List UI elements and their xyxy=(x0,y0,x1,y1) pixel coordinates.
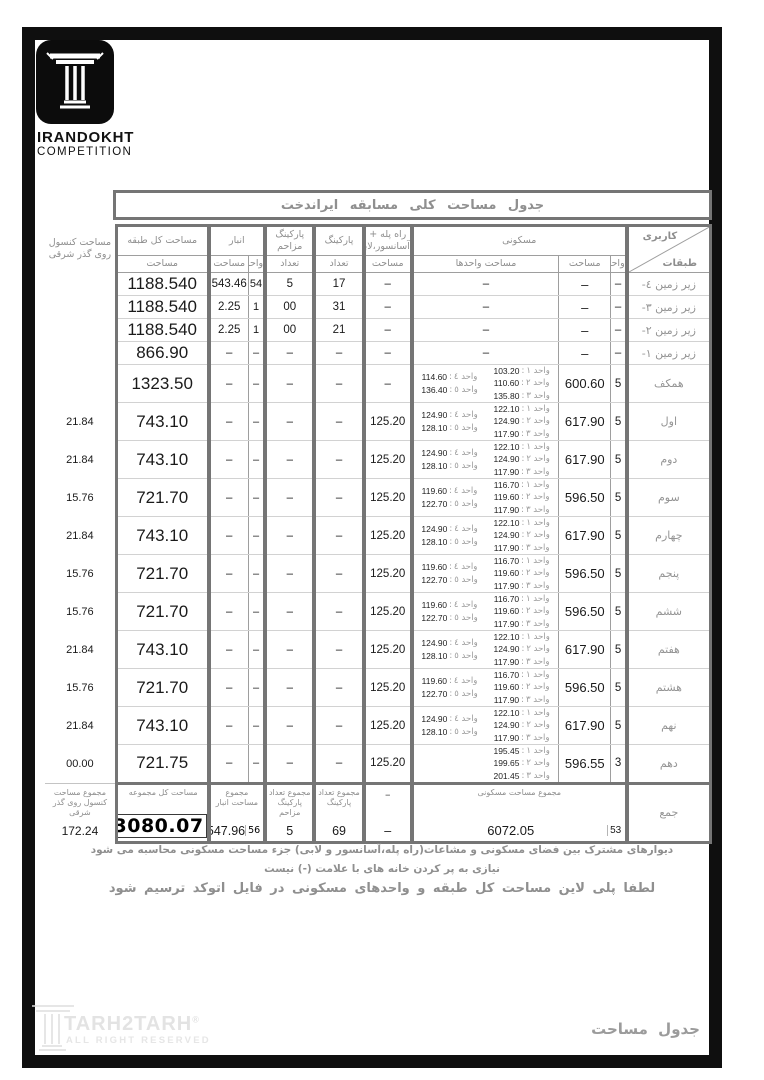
cell-storage-units: – xyxy=(248,342,265,365)
unit-area-line: واحد ٥:128.10 xyxy=(414,460,485,472)
unit-area-line: واحد ۲:124.90 xyxy=(485,415,558,427)
cell-parking-count: 21 xyxy=(314,319,363,342)
cell-storage-area: – xyxy=(209,745,249,784)
unit-label: واحد ۳ xyxy=(526,466,549,478)
cell-residential-units: – xyxy=(611,296,627,319)
unit-area-line: واحد ۱:103.20 xyxy=(485,365,558,377)
unit-separator: : xyxy=(521,732,524,744)
cell-units-1-3: واحد ۱:116.70واحد ۲:119.60واحد ۳:117.90 xyxy=(485,669,558,707)
unit-area-line: واحد ۳:117.90 xyxy=(485,504,558,516)
cell-storage-units: 1 xyxy=(248,319,265,342)
unit-label: واحد ۳ xyxy=(526,542,549,554)
cell-floor-name: پنجم xyxy=(627,555,711,593)
unit-label: واحد ۳ xyxy=(526,580,549,592)
unit-value: 122.70 xyxy=(421,688,447,700)
unit-area-line: واحد ۳:117.90 xyxy=(485,694,558,706)
cell-storage-area: – xyxy=(209,441,249,479)
cell-stairs-area: – xyxy=(364,365,412,403)
totals-stairs-label: – xyxy=(367,788,409,802)
unit-area-line: واحد ۲:124.90 xyxy=(485,643,558,655)
unit-label: واحد ۱ xyxy=(526,745,549,757)
table-head: کاربری طبقات مسکونی راه پله + آسانسور،لا… xyxy=(45,226,711,273)
cell-parking-count: 31 xyxy=(314,296,363,319)
cell-parking-blocking-count: – xyxy=(265,707,314,745)
unit-separator: : xyxy=(449,447,452,459)
unit-separator: : xyxy=(521,555,524,567)
unit-label: واحد ٤ xyxy=(454,675,477,687)
cell-console-area: 15.76 xyxy=(45,593,116,631)
unit-area-line: واحد ۱:122.10 xyxy=(485,517,558,529)
cell-units-1-3: واحد ۱:122.10واحد ۲:124.90واحد ۳:117.90 xyxy=(485,631,558,669)
unit-label: واحد ۳ xyxy=(526,694,549,706)
unit-area-line: واحد ۲:199.65 xyxy=(485,757,558,769)
cell-parking-count: – xyxy=(314,555,363,593)
cell-units-4-5: واحد ٤:119.60واحد ٥:122.70 xyxy=(412,555,485,593)
grand-total-value: 13080.07 xyxy=(116,814,206,838)
cell-storage-area: – xyxy=(209,555,249,593)
unit-separator: : xyxy=(521,757,524,769)
cell-parking-blocking-count: – xyxy=(265,593,314,631)
cell-residential-units: – xyxy=(611,273,627,296)
storage-unit-subheader: واحد xyxy=(248,256,265,273)
unit-separator: : xyxy=(521,719,524,731)
cell-console-area: 00.00 xyxy=(45,745,116,784)
cell-units-1-3: واحد ۱:103.20واحد ۲:110.60واحد ۳:135.80 xyxy=(485,365,558,403)
cell-residential-units: 5 xyxy=(611,631,627,669)
unit-area-line: واحد ٤:119.60 xyxy=(414,485,485,497)
unit-label: واحد ۲ xyxy=(526,757,549,769)
unit-separator: : xyxy=(449,675,452,687)
cell-parking-blocking-count: 00 xyxy=(265,296,314,319)
unit-separator: : xyxy=(521,745,524,757)
cell-residential-units: 5 xyxy=(611,593,627,631)
cell-residential-area: 617.90 xyxy=(559,517,611,555)
cell-storage-units: – xyxy=(248,631,265,669)
unit-area-line: واحد ۲:119.60 xyxy=(485,681,558,693)
cell-console-area: 21.84 xyxy=(45,517,116,555)
cell-residential-units: 3 xyxy=(611,745,627,784)
unit-value: 116.70 xyxy=(494,593,519,605)
cell-residential-area: 596.50 xyxy=(559,479,611,517)
note-polyline: لطفا پلی لاین مساحت کل طبقه و واحدهای مس… xyxy=(62,881,702,896)
cell-stairs-area: 125.20 xyxy=(364,707,412,745)
totals-storage-area: 547.96 xyxy=(209,824,246,838)
unit-value: 124.90 xyxy=(493,719,519,731)
unit-value: 122.10 xyxy=(493,517,519,529)
cell-parking-blocking-count: – xyxy=(265,403,314,441)
cell-stairs-area: – xyxy=(364,319,412,342)
table-row: زیر زمین ۳-––––310012.251188.540 xyxy=(45,296,711,319)
cell-floor-total: 1323.50 xyxy=(116,365,208,403)
unit-label: واحد ۱ xyxy=(526,555,549,567)
unit-separator: : xyxy=(521,428,524,440)
totals-stairs-value: – xyxy=(367,824,409,838)
unit-separator: : xyxy=(449,371,452,383)
cell-floor-name: دوم xyxy=(627,441,711,479)
cell-parking-count: – xyxy=(314,593,363,631)
unit-label: واحد ۱ xyxy=(526,365,549,377)
unit-value: 114.60 xyxy=(422,371,447,383)
cell-parking-blocking-count: – xyxy=(265,745,314,784)
cell-floor-name: نهم xyxy=(627,707,711,745)
unit-value: 119.60 xyxy=(422,485,447,497)
cell-stairs-area: 125.20 xyxy=(364,669,412,707)
cell-residential-area: 600.60 xyxy=(559,365,611,403)
cell-console-area xyxy=(45,342,116,365)
table-body: زیر زمین ٤-––––17554543.461188.540زیر زم… xyxy=(45,273,711,784)
cell-console-area xyxy=(45,273,116,296)
unit-separator: : xyxy=(449,498,452,510)
unit-value: 128.10 xyxy=(421,726,447,738)
usage-header-label: کاربری xyxy=(643,231,677,242)
unit-value: 117.90 xyxy=(494,656,519,668)
unit-separator: : xyxy=(449,460,452,472)
unit-area-line: واحد ۱:195.45 xyxy=(485,745,558,757)
cell-storage-area: 543.46 xyxy=(209,273,249,296)
unit-value: 124.90 xyxy=(421,637,447,649)
unit-area-line: واحد ٥:122.70 xyxy=(414,688,485,700)
cell-floor-total: 721.70 xyxy=(116,669,208,707)
cell-units-4-5: واحد ٤:119.60واحد ٥:122.70 xyxy=(412,669,485,707)
unit-label: واحد ٥ xyxy=(454,422,477,434)
cell-storage-area: 2.25 xyxy=(209,296,249,319)
cell-stairs-area: – xyxy=(364,273,412,296)
unit-separator: : xyxy=(521,643,524,655)
cell-residential-units: 5 xyxy=(611,365,627,403)
cell-floor-total: 721.70 xyxy=(116,479,208,517)
registered-icon: ® xyxy=(192,1014,200,1024)
cell-stairs-area: 125.20 xyxy=(364,517,412,555)
unit-area-line: واحد ٥:136.40 xyxy=(414,384,485,396)
cell-floor-name: دهم xyxy=(627,745,711,784)
stairs-header-line1: راه پله + xyxy=(366,229,410,241)
usage-floors-header: کاربری طبقات xyxy=(627,226,711,273)
totals-parking-blocking-count: 5 xyxy=(268,824,311,838)
unit-area-line: واحد ۱:122.10 xyxy=(485,403,558,415)
unit-value: 124.90 xyxy=(493,643,519,655)
unit-area-line: واحد ۲:119.60 xyxy=(485,491,558,503)
unit-area-line: واحد ٥:128.10 xyxy=(414,726,485,738)
unit-value: 103.20 xyxy=(493,365,519,377)
totals-grand-cell: مساحت کل مجموعه 13080.07 xyxy=(116,783,208,842)
unit-separator: : xyxy=(521,618,524,630)
unit-area-line: واحد ٥:128.10 xyxy=(414,650,485,662)
units-area-subheader: مساحت واحدها xyxy=(412,256,559,273)
cell-parking-count: – xyxy=(314,745,363,784)
unit-label: واحد ٥ xyxy=(454,460,477,472)
stairs-header-line2: آسانسور،لابی xyxy=(366,241,410,253)
unit-label: واحد ٤ xyxy=(454,447,477,459)
unit-value: 117.90 xyxy=(494,618,519,630)
unit-separator: : xyxy=(449,713,452,725)
parking-count-subheader: تعداد xyxy=(314,256,363,273)
unit-label: واحد ٥ xyxy=(454,574,477,586)
unit-label: واحد ۲ xyxy=(526,681,549,693)
cell-storage-units: – xyxy=(248,403,265,441)
cell-storage-area: – xyxy=(209,479,249,517)
totals-parking-blocking-label: مجموع تعداد پارکینگ مزاحم xyxy=(268,788,311,818)
cell-floor-total: 743.10 xyxy=(116,441,208,479)
unit-label: واحد ٥ xyxy=(454,536,477,548)
unit-label: واحد ۳ xyxy=(526,770,549,782)
unit-value: 195.45 xyxy=(493,745,519,757)
totals-storage-units: 56 xyxy=(245,825,262,836)
cell-floor-total: 1188.540 xyxy=(116,319,208,342)
unit-area-line: واحد ۲:110.60 xyxy=(485,377,558,389)
cell-parking-count: – xyxy=(314,669,363,707)
unit-separator: : xyxy=(521,403,524,415)
totals-storage-label: مجموع مساحت انبار xyxy=(212,788,263,808)
unit-value: 122.70 xyxy=(421,574,447,586)
note-shared-walls: دیوارهای مشترک بین فضای مسکونی و مشاعات(… xyxy=(62,844,702,856)
cell-floor-total: 743.10 xyxy=(116,403,208,441)
cell-parking-count: – xyxy=(314,479,363,517)
unit-value: 124.90 xyxy=(493,529,519,541)
unit-area-line: واحد ۳:117.90 xyxy=(485,580,558,592)
residential-group-header: مسکونی xyxy=(412,226,627,256)
cell-residential-area: 617.90 xyxy=(559,707,611,745)
cell-residential-area: 617.90 xyxy=(559,441,611,479)
cell-parking-count: – xyxy=(314,441,363,479)
unit-label: واحد ۲ xyxy=(526,529,549,541)
cell-console-area: 15.76 xyxy=(45,669,116,707)
unit-area-line: واحد ۳:117.90 xyxy=(485,428,558,440)
unit-value: 117.90 xyxy=(494,542,519,554)
totals-parking-count: 69 xyxy=(317,824,360,838)
unit-separator: : xyxy=(449,384,452,396)
cell-storage-units: – xyxy=(248,479,265,517)
unit-separator: : xyxy=(521,694,524,706)
unit-area-line: واحد ٤:119.60 xyxy=(414,599,485,611)
cell-floor-total: 743.10 xyxy=(116,517,208,555)
unit-separator: : xyxy=(521,377,524,389)
totals-grand-label: مساحت کل مجموعه xyxy=(120,788,207,798)
cell-floor-total: 1188.540 xyxy=(116,296,208,319)
cell-storage-area: – xyxy=(209,593,249,631)
unit-separator: : xyxy=(521,580,524,592)
unit-label: واحد ۱ xyxy=(526,441,549,453)
table-title: جدول مساحت کلی مسابقه ایراندخت xyxy=(281,198,544,213)
cell-storage-units: – xyxy=(248,441,265,479)
unit-separator: : xyxy=(449,536,452,548)
unit-value: 128.10 xyxy=(421,650,447,662)
table-row: زیر زمین ۱-––––––––866.90 xyxy=(45,342,711,365)
cell-units-4-5 xyxy=(412,745,485,784)
cell-storage-area: – xyxy=(209,669,249,707)
unit-label: واحد ٥ xyxy=(454,612,477,624)
totals-parking-cell: مجموع تعداد پارکینگ 69 xyxy=(314,783,363,842)
unit-value: 116.70 xyxy=(494,555,519,567)
unit-label: واحد ۳ xyxy=(526,504,549,516)
cell-floor-name: اول xyxy=(627,403,711,441)
unit-separator: : xyxy=(521,453,524,465)
unit-label: واحد ٥ xyxy=(454,688,477,700)
unit-separator: : xyxy=(521,567,524,579)
unit-area-line: واحد ٤:119.60 xyxy=(414,561,485,573)
cell-parking-count: – xyxy=(314,342,363,365)
unit-value: 117.90 xyxy=(494,732,519,744)
table-row: دهم3596.55واحد ۱:195.45واحد ۲:199.65واحد… xyxy=(45,745,711,784)
cell-residential-area: 596.50 xyxy=(559,669,611,707)
unit-value: 117.90 xyxy=(494,428,519,440)
floor-total-area-subheader: مساحت xyxy=(116,256,208,273)
cell-stairs-area: 125.20 xyxy=(364,745,412,784)
table-row: هفتم5617.90واحد ۱:122.10واحد ۲:124.90واح… xyxy=(45,631,711,669)
table-row: چهارم5617.90واحد ۱:122.10واحد ۲:124.90وا… xyxy=(45,517,711,555)
logo-title: IRANDOKHT xyxy=(37,129,134,146)
unit-separator: : xyxy=(449,612,452,624)
totals-residential-cell: مجموع مساحت مسکونی 53 6072.05 xyxy=(412,783,627,842)
unit-separator: : xyxy=(521,770,524,782)
unit-value: 124.90 xyxy=(421,447,447,459)
parking-group-header: پارکینگ xyxy=(314,226,363,256)
cell-parking-count: – xyxy=(314,631,363,669)
cell-units-4-5: واحد ٤:124.90واحد ٥:128.10 xyxy=(412,517,485,555)
unit-value: 117.90 xyxy=(494,580,519,592)
totals-parking-blocking-cell: مجموع تعداد پارکینگ مزاحم 5 xyxy=(265,783,314,842)
unit-label: واحد ۲ xyxy=(526,377,549,389)
unit-area-line: واحد ۳:117.90 xyxy=(485,542,558,554)
cell-residential-units: 5 xyxy=(611,517,627,555)
cell-floor-total: 721.70 xyxy=(116,593,208,631)
area-table: کاربری طبقات مسکونی راه پله + آسانسور،لا… xyxy=(45,224,712,844)
cell-floor-total: 721.70 xyxy=(116,555,208,593)
cell-units-1-3: واحد ۱:122.10واحد ۲:124.90واحد ۳:117.90 xyxy=(485,441,558,479)
cell-residential-units: 5 xyxy=(611,441,627,479)
residential-unit-subheader: واحد xyxy=(611,256,627,273)
cell-residential-area: – xyxy=(559,342,611,365)
unit-value: 119.60 xyxy=(494,681,519,693)
cell-stairs-area: 125.20 xyxy=(364,555,412,593)
unit-value: 124.90 xyxy=(493,415,519,427)
cell-floor-name: هشتم xyxy=(627,669,711,707)
unit-value: 124.90 xyxy=(421,409,447,421)
unit-value: 124.90 xyxy=(421,713,447,725)
unit-separator: : xyxy=(521,631,524,643)
stairs-group-header: راه پله + آسانسور،لابی xyxy=(364,226,412,256)
cell-units-dash: – xyxy=(412,342,559,365)
unit-area-line: واحد ۳:117.90 xyxy=(485,618,558,630)
cell-parking-blocking-count: – xyxy=(265,342,314,365)
unit-label: واحد ۱ xyxy=(526,517,549,529)
cell-residential-area: 596.50 xyxy=(559,555,611,593)
unit-separator: : xyxy=(521,441,524,453)
table-row: پنجم5596.50واحد ۱:116.70واحد ۲:119.60واح… xyxy=(45,555,711,593)
table-foot: جمع مجموع مساحت مسکونی 53 6072.05 – xyxy=(45,783,711,842)
unit-separator: : xyxy=(521,681,524,693)
unit-label: واحد ۱ xyxy=(526,593,549,605)
column-icon xyxy=(36,40,114,124)
totals-console-label: مجموع مساحت کنسول روی گذر شرقی xyxy=(46,788,114,818)
cell-parking-blocking-count: – xyxy=(265,517,314,555)
unit-label: واحد ٥ xyxy=(454,650,477,662)
unit-area-line: واحد ۲:124.90 xyxy=(485,453,558,465)
unit-label: واحد ٤ xyxy=(454,409,477,421)
cell-residential-area: 617.90 xyxy=(559,403,611,441)
unit-value: 119.60 xyxy=(422,599,447,611)
unit-separator: : xyxy=(521,365,524,377)
cell-storage-units: – xyxy=(248,365,265,403)
unit-separator: : xyxy=(521,707,524,719)
unit-separator: : xyxy=(449,409,452,421)
cell-floor-total: 1188.540 xyxy=(116,273,208,296)
unit-label: واحد ۲ xyxy=(526,605,549,617)
unit-separator: : xyxy=(521,415,524,427)
parking-blocking-count-subheader: تعداد xyxy=(265,256,314,273)
unit-label: واحد ٥ xyxy=(454,726,477,738)
unit-value: 122.70 xyxy=(421,498,447,510)
unit-area-line: واحد ٤:119.60 xyxy=(414,675,485,687)
unit-value: 128.10 xyxy=(421,460,447,472)
unit-area-line: واحد ۱:116.70 xyxy=(485,593,558,605)
cell-floor-name: زیر زمین ٤- xyxy=(627,273,711,296)
unit-separator: : xyxy=(521,517,524,529)
table-row: سوم5596.50واحد ۱:116.70واحد ۲:119.60واحد… xyxy=(45,479,711,517)
totals-stairs-cell: – – xyxy=(364,783,412,842)
cell-floor-name: زیر زمین ۲- xyxy=(627,319,711,342)
cell-residential-units: 5 xyxy=(611,707,627,745)
unit-label: واحد ۱ xyxy=(526,631,549,643)
cell-console-area: 21.84 xyxy=(45,441,116,479)
cell-floor-total: 866.90 xyxy=(116,342,208,365)
cell-units-1-3: واحد ۱:116.70واحد ۲:119.60واحد ۳:117.90 xyxy=(485,555,558,593)
unit-area-line: واحد ۱:122.10 xyxy=(485,631,558,643)
unit-area-line: واحد ٥:122.70 xyxy=(414,574,485,586)
unit-label: واحد ۳ xyxy=(526,732,549,744)
cell-units-4-5: واحد ٤:124.90واحد ٥:128.10 xyxy=(412,403,485,441)
unit-value: 136.40 xyxy=(421,384,447,396)
totals-floor-label: جمع xyxy=(627,783,711,842)
unit-separator: : xyxy=(521,669,524,681)
floors-header-label: طبقات xyxy=(662,258,697,269)
cell-parking-count: 17 xyxy=(314,273,363,296)
table-row: ششم5596.50واحد ۱:116.70واحد ۲:119.60واحد… xyxy=(45,593,711,631)
unit-value: 122.10 xyxy=(493,441,519,453)
unit-area-line: واحد ۲:119.60 xyxy=(485,605,558,617)
watermark-title: TARH2TARH® xyxy=(64,1014,200,1034)
unit-value: 119.60 xyxy=(422,675,447,687)
cell-parking-blocking-count: – xyxy=(265,365,314,403)
unit-label: واحد ٤ xyxy=(454,371,477,383)
unit-value: 135.80 xyxy=(493,390,519,402)
unit-area-line: واحد ٤:114.60 xyxy=(414,371,485,383)
cell-units-1-3: واحد ۱:122.10واحد ۲:124.90واحد ۳:117.90 xyxy=(485,517,558,555)
cell-residential-units: 5 xyxy=(611,479,627,517)
unit-area-line: واحد ۱:122.10 xyxy=(485,707,558,719)
table-title-box: جدول مساحت کلی مسابقه ایراندخت xyxy=(113,190,712,220)
unit-label: واحد ٤ xyxy=(454,713,477,725)
unit-area-line: واحد ٥:122.70 xyxy=(414,498,485,510)
cell-stairs-area: 125.20 xyxy=(364,403,412,441)
totals-residential-label: مجموع مساحت مسکونی xyxy=(415,788,624,798)
cell-units-1-3: واحد ۱:122.10واحد ۲:124.90واحد ۳:117.90 xyxy=(485,707,558,745)
unit-area-line: واحد ۱:116.70 xyxy=(485,479,558,491)
unit-area-line: واحد ۲:119.60 xyxy=(485,567,558,579)
cell-units-1-3: واحد ۱:195.45واحد ۲:199.65واحد ۳:201.45 xyxy=(485,745,558,784)
unit-value: 117.90 xyxy=(494,694,519,706)
logo-text: IRANDOKHT COMPETITION xyxy=(37,129,134,158)
unit-separator: : xyxy=(521,491,524,503)
unit-value: 122.10 xyxy=(493,707,519,719)
table-row: نهم5617.90واحد ۱:122.10واحد ۲:124.90واحد… xyxy=(45,707,711,745)
cell-units-4-5: واحد ٤:124.90واحد ٥:128.10 xyxy=(412,707,485,745)
cell-stairs-area: 125.20 xyxy=(364,593,412,631)
unit-separator: : xyxy=(521,504,524,516)
unit-area-line: واحد ۱:116.70 xyxy=(485,669,558,681)
unit-area-line: واحد ۳:135.80 xyxy=(485,390,558,402)
cell-residential-area: – xyxy=(559,319,611,342)
cell-units-4-5: واحد ٤:119.60واحد ٥:122.70 xyxy=(412,479,485,517)
